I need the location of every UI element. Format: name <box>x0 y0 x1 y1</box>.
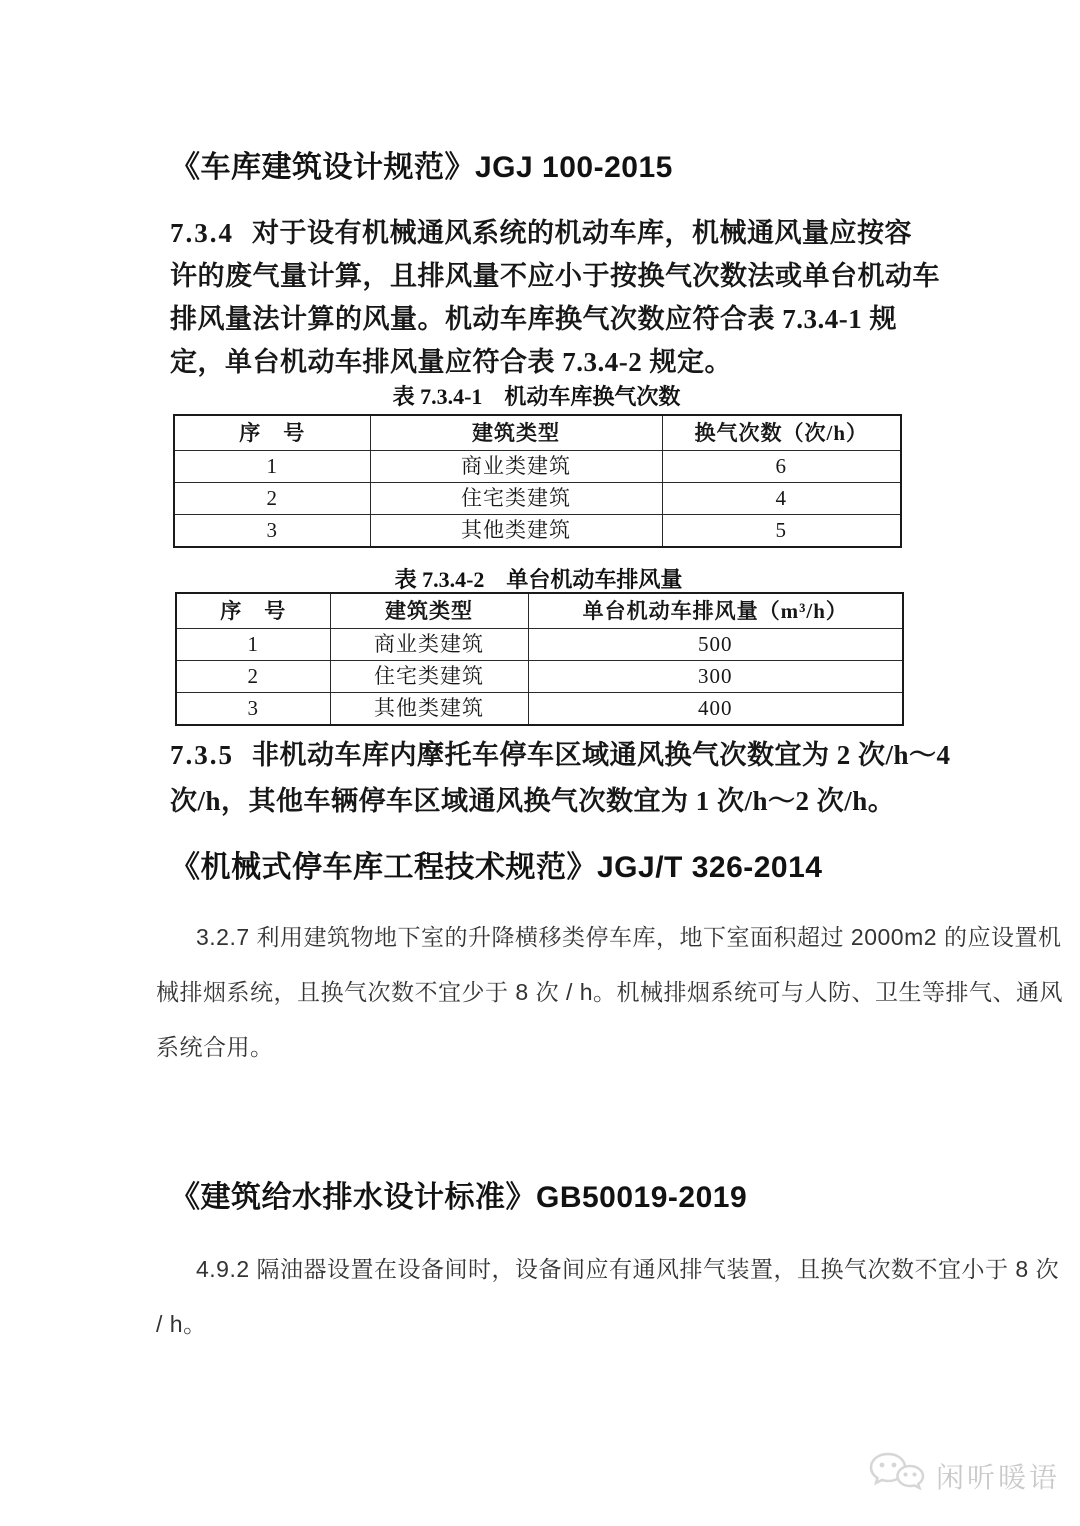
clause-3-2-7-line-1: 3.2.7 利用建筑物地下室的升降横移类停车库，地下室面积超过 2000m2 的… <box>156 920 1063 975</box>
table-cell: 300 <box>528 661 903 693</box>
table-7-3-4-1-header-type: 建筑类型 <box>370 415 662 451</box>
clause-7-3-4-number: 7.3.4 <box>170 218 234 248</box>
table-row: 序 号 建筑类型 换气次数（次/h） <box>174 415 901 451</box>
document-page: 《车库建筑设计规范》JGJ 100-2015 7.3.4对于设有机械通风系统的机… <box>0 0 1080 1526</box>
table-row: 3 其他类建筑 400 <box>176 693 903 726</box>
wechat-chat-bubbles-icon <box>868 1450 926 1501</box>
table-cell: 其他类建筑 <box>370 515 662 548</box>
clause-7-3-4-line-2: 许的废气量计算，且排风量不应小于按换气次数法或单台机动车 <box>170 255 940 298</box>
table-cell: 住宅类建筑 <box>330 661 528 693</box>
table-7-3-4-2-header-seq: 序 号 <box>176 593 330 629</box>
table-cell: 6 <box>662 451 901 483</box>
table-cell: 1 <box>174 451 370 483</box>
clause-3-2-7-line-3: 系统合用。 <box>156 1030 1063 1085</box>
clause-4-9-2: 4.9.2 隔油器设置在设备间时，设备间应有通风排气装置，且换气次数不宜小于 8… <box>156 1252 1059 1362</box>
table-cell: 其他类建筑 <box>330 693 528 726</box>
table-cell: 商业类建筑 <box>370 451 662 483</box>
table-7-3-4-2-header-type: 建筑类型 <box>330 593 528 629</box>
watermark-text: 闲听暖语 <box>936 1456 1060 1496</box>
clause-7-3-5-number: 7.3.5 <box>170 740 234 770</box>
table-row: 2 住宅类建筑 300 <box>176 661 903 693</box>
table-row: 1 商业类建筑 6 <box>174 451 901 483</box>
clause-4-9-2-line-2: / h。 <box>156 1307 1059 1362</box>
clause-7-3-4-line-1: 7.3.4对于设有机械通风系统的机动车库，机械通风量应按容 <box>170 212 940 255</box>
clause-7-3-5-line-2: 次/h，其他车辆停车区域通风换气次数宜为 1 次/h～2 次/h。 <box>170 778 951 824</box>
table-cell: 1 <box>176 629 330 661</box>
clause-7-3-4-line-4: 定，单台机动车排风量应符合表 7.3.4-2 规定。 <box>170 341 940 384</box>
table-cell: 2 <box>174 483 370 515</box>
clause-7-3-5-text-1: 非机动车库内摩托车停车区域通风换气次数宜为 2 次/h～4 <box>252 740 951 770</box>
table-7-3-4-2: 序 号 建筑类型 单台机动车排风量（m³/h） 1 商业类建筑 500 2 住宅… <box>175 592 904 726</box>
table-7-3-4-2-caption: 表 7.3.4-2 单台机动车排风量 <box>175 563 902 594</box>
clause-7-3-5: 7.3.5非机动车库内摩托车停车区域通风换气次数宜为 2 次/h～4 次/h，其… <box>170 732 951 824</box>
table-7-3-4-1-caption: 表 7.3.4-1 机动车库换气次数 <box>173 380 900 411</box>
table-7-3-4-2-header-flow: 单台机动车排风量（m³/h） <box>528 593 903 629</box>
table-row: 3 其他类建筑 5 <box>174 515 901 548</box>
table-row: 序 号 建筑类型 单台机动车排风量（m³/h） <box>176 593 903 629</box>
clause-7-3-5-line-1: 7.3.5非机动车库内摩托车停车区域通风换气次数宜为 2 次/h～4 <box>170 732 951 778</box>
table-7-3-4-1: 序 号 建筑类型 换气次数（次/h） 1 商业类建筑 6 2 住宅类建筑 4 3… <box>173 414 902 548</box>
clause-3-2-7: 3.2.7 利用建筑物地下室的升降横移类停车库，地下室面积超过 2000m2 的… <box>156 920 1063 1085</box>
clause-7-3-4: 7.3.4对于设有机械通风系统的机动车库，机械通风量应按容 许的废气量计算，且排… <box>170 212 940 384</box>
clause-7-3-4-line-3: 排风量法计算的风量。机动车库换气次数应符合表 7.3.4-1 规 <box>170 298 940 341</box>
table-row: 2 住宅类建筑 4 <box>174 483 901 515</box>
clause-3-2-7-line-2: 械排烟系统，且换气次数不宜少于 8 次 / h。机械排烟系统可与人防、卫生等排气… <box>156 975 1063 1030</box>
table-cell: 住宅类建筑 <box>370 483 662 515</box>
table-cell: 400 <box>528 693 903 726</box>
table-cell: 5 <box>662 515 901 548</box>
table-cell: 3 <box>174 515 370 548</box>
table-cell: 500 <box>528 629 903 661</box>
watermark: 闲听暖语 <box>868 1450 1060 1501</box>
section-1-heading: 《车库建筑设计规范》JGJ 100-2015 <box>170 142 673 186</box>
clause-7-3-4-text-1: 对于设有机械通风系统的机动车库，机械通风量应按容 <box>252 218 912 248</box>
table-cell: 4 <box>662 483 901 515</box>
table-cell: 3 <box>176 693 330 726</box>
table-7-3-4-1-header-rate: 换气次数（次/h） <box>662 415 901 451</box>
clause-4-9-2-line-1: 4.9.2 隔油器设置在设备间时，设备间应有通风排气装置，且换气次数不宜小于 8… <box>156 1252 1059 1307</box>
section-3-heading: 《建筑给水排水设计标准》GB50019-2019 <box>170 1172 747 1216</box>
section-2-heading: 《机械式停车库工程技术规范》JGJ/T 326-2014 <box>170 842 822 886</box>
table-cell: 2 <box>176 661 330 693</box>
table-7-3-4-1-header-seq: 序 号 <box>174 415 370 451</box>
table-cell: 商业类建筑 <box>330 629 528 661</box>
table-row: 1 商业类建筑 500 <box>176 629 903 661</box>
